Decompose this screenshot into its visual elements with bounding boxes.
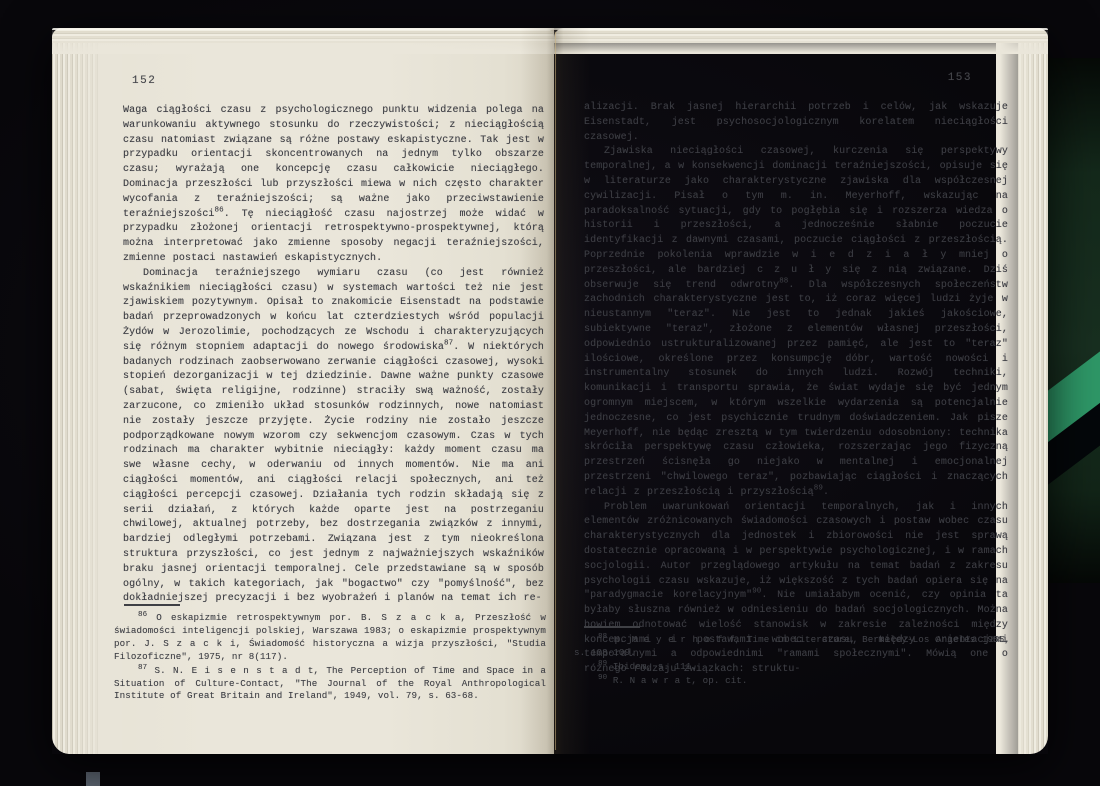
footnotes-right: 88 H. M e y e r h o f f, Time in Literat… xyxy=(574,626,1010,689)
footnote-separator-rule xyxy=(584,626,640,628)
footnote-number: 87 xyxy=(138,664,147,672)
body-paragraph: Zjawiska nieciągłości czasowej, kurczeni… xyxy=(584,145,1008,500)
body-paragraph: alizacji. Brak jasnej hierarchii potrzeb… xyxy=(584,101,1008,145)
footnote: 86 O eskapizmie retrospektywnym por. B. … xyxy=(114,612,546,664)
body-paragraph: Waga ciągłości czasu z psychologicznego … xyxy=(123,104,544,267)
scanned-book-photo: { "colors": { "paper": "#e9e5d9", "ink":… xyxy=(0,0,1100,786)
footnote-number: 89 xyxy=(598,660,607,668)
footnote-ref: 87 xyxy=(444,339,453,347)
footnote: 89 Ibidem, s. 111. xyxy=(574,661,1010,674)
footnote: 90 R. N a w r a t, op. cit. xyxy=(574,675,1010,688)
bottom-gray-tab xyxy=(86,772,100,786)
footnote-number: 90 xyxy=(598,674,607,682)
footnotes-left: 86 O eskapizmie retrospektywnym por. B. … xyxy=(114,604,546,704)
body-paragraph: Dominacja teraźniejszego wymiaru czasu (… xyxy=(123,267,544,607)
footnote: 88 H. M e y e r h o f f, Time in Literat… xyxy=(574,634,1010,660)
body-text-right: alizacji. Brak jasnej hierarchii potrzeb… xyxy=(584,101,1008,678)
page-number-left: 152 xyxy=(132,75,156,87)
footnote-separator-rule xyxy=(124,604,180,606)
footnote-ref: 90 xyxy=(752,588,761,596)
body-text-left: Waga ciągłości czasu z psychologicznego … xyxy=(123,104,544,607)
open-book-spread: 152 153 Waga ciągłości czasu z psycholog… xyxy=(52,28,1048,754)
footnote: 87 S. N. E i s e n s t a d t, The Percep… xyxy=(114,665,546,704)
footnote-number: 86 xyxy=(138,611,147,619)
footnote-number: 88 xyxy=(598,633,607,641)
footnote-ref: 86 xyxy=(215,206,224,214)
page-number-right: 153 xyxy=(584,72,1008,84)
footnote-ref: 89 xyxy=(814,484,823,492)
footnote-ref: 88 xyxy=(779,277,788,285)
